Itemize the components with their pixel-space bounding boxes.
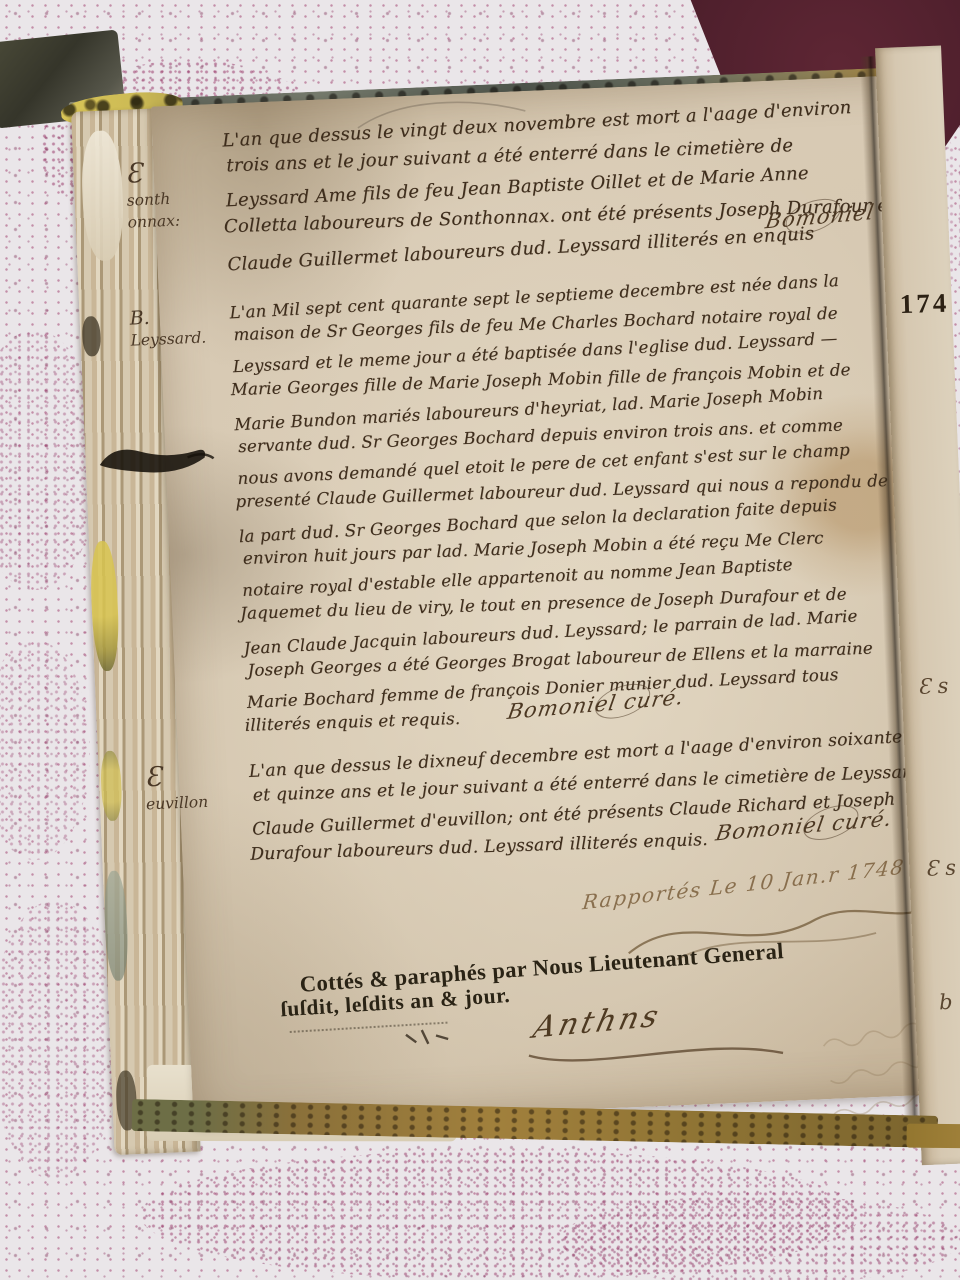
ink-scribble: [398, 1023, 459, 1057]
margin-initial: Ɛ: [144, 761, 207, 794]
margin-note: B. Leyssard.: [129, 305, 206, 352]
yellow-marble-glimpse: [100, 750, 123, 821]
margin-note: Ɛ euvillon: [144, 761, 208, 816]
margin-word: euvillon: [146, 791, 209, 816]
speckle-cluster: [560, 1195, 960, 1280]
ink-blot: [86, 428, 218, 493]
photo-scene: Ɛ sonth onnax: L'an que dessus le vingt …: [0, 0, 960, 1280]
facing-page-margin-mark: Ɛ s: [925, 856, 957, 881]
yellow-marble-glimpse: [89, 540, 120, 671]
facing-page-margin-mark: Ɛ s: [917, 674, 949, 699]
margin-note: Ɛ sonth onnax:: [125, 158, 181, 234]
book-bottom-edge: [907, 1124, 960, 1149]
facing-page-margin-mark: b: [939, 990, 953, 1015]
page-number: 174: [899, 288, 949, 320]
register-entry-burial: L'an que dessus le vingt deux novembre e…: [222, 93, 918, 277]
register-book: Ɛ sonth onnax: L'an que dessus le vingt …: [33, 35, 960, 1172]
margin-word: B.: [129, 305, 205, 330]
printed-stamp-line: Cottés & paraphés par Nous Lieutenant Ge…: [299, 938, 785, 998]
margin-initial: Ɛ: [125, 158, 179, 190]
paper-shred: [80, 130, 125, 262]
margin-word: onnax:: [127, 209, 180, 233]
margin-word: sonth: [126, 188, 179, 212]
register-entry-baptism: L'an Mil sept cent quarante sept le sept…: [229, 267, 937, 744]
dark-gap: [82, 316, 102, 357]
register-entry-burial: L'an que dessus le dixneuf decembre est …: [248, 724, 942, 873]
sage-marble-glimpse: [103, 870, 130, 981]
manuscript-page: Ɛ sonth onnax: L'an que dessus le vingt …: [151, 74, 960, 1125]
margin-word: Leyssard.: [130, 326, 206, 351]
